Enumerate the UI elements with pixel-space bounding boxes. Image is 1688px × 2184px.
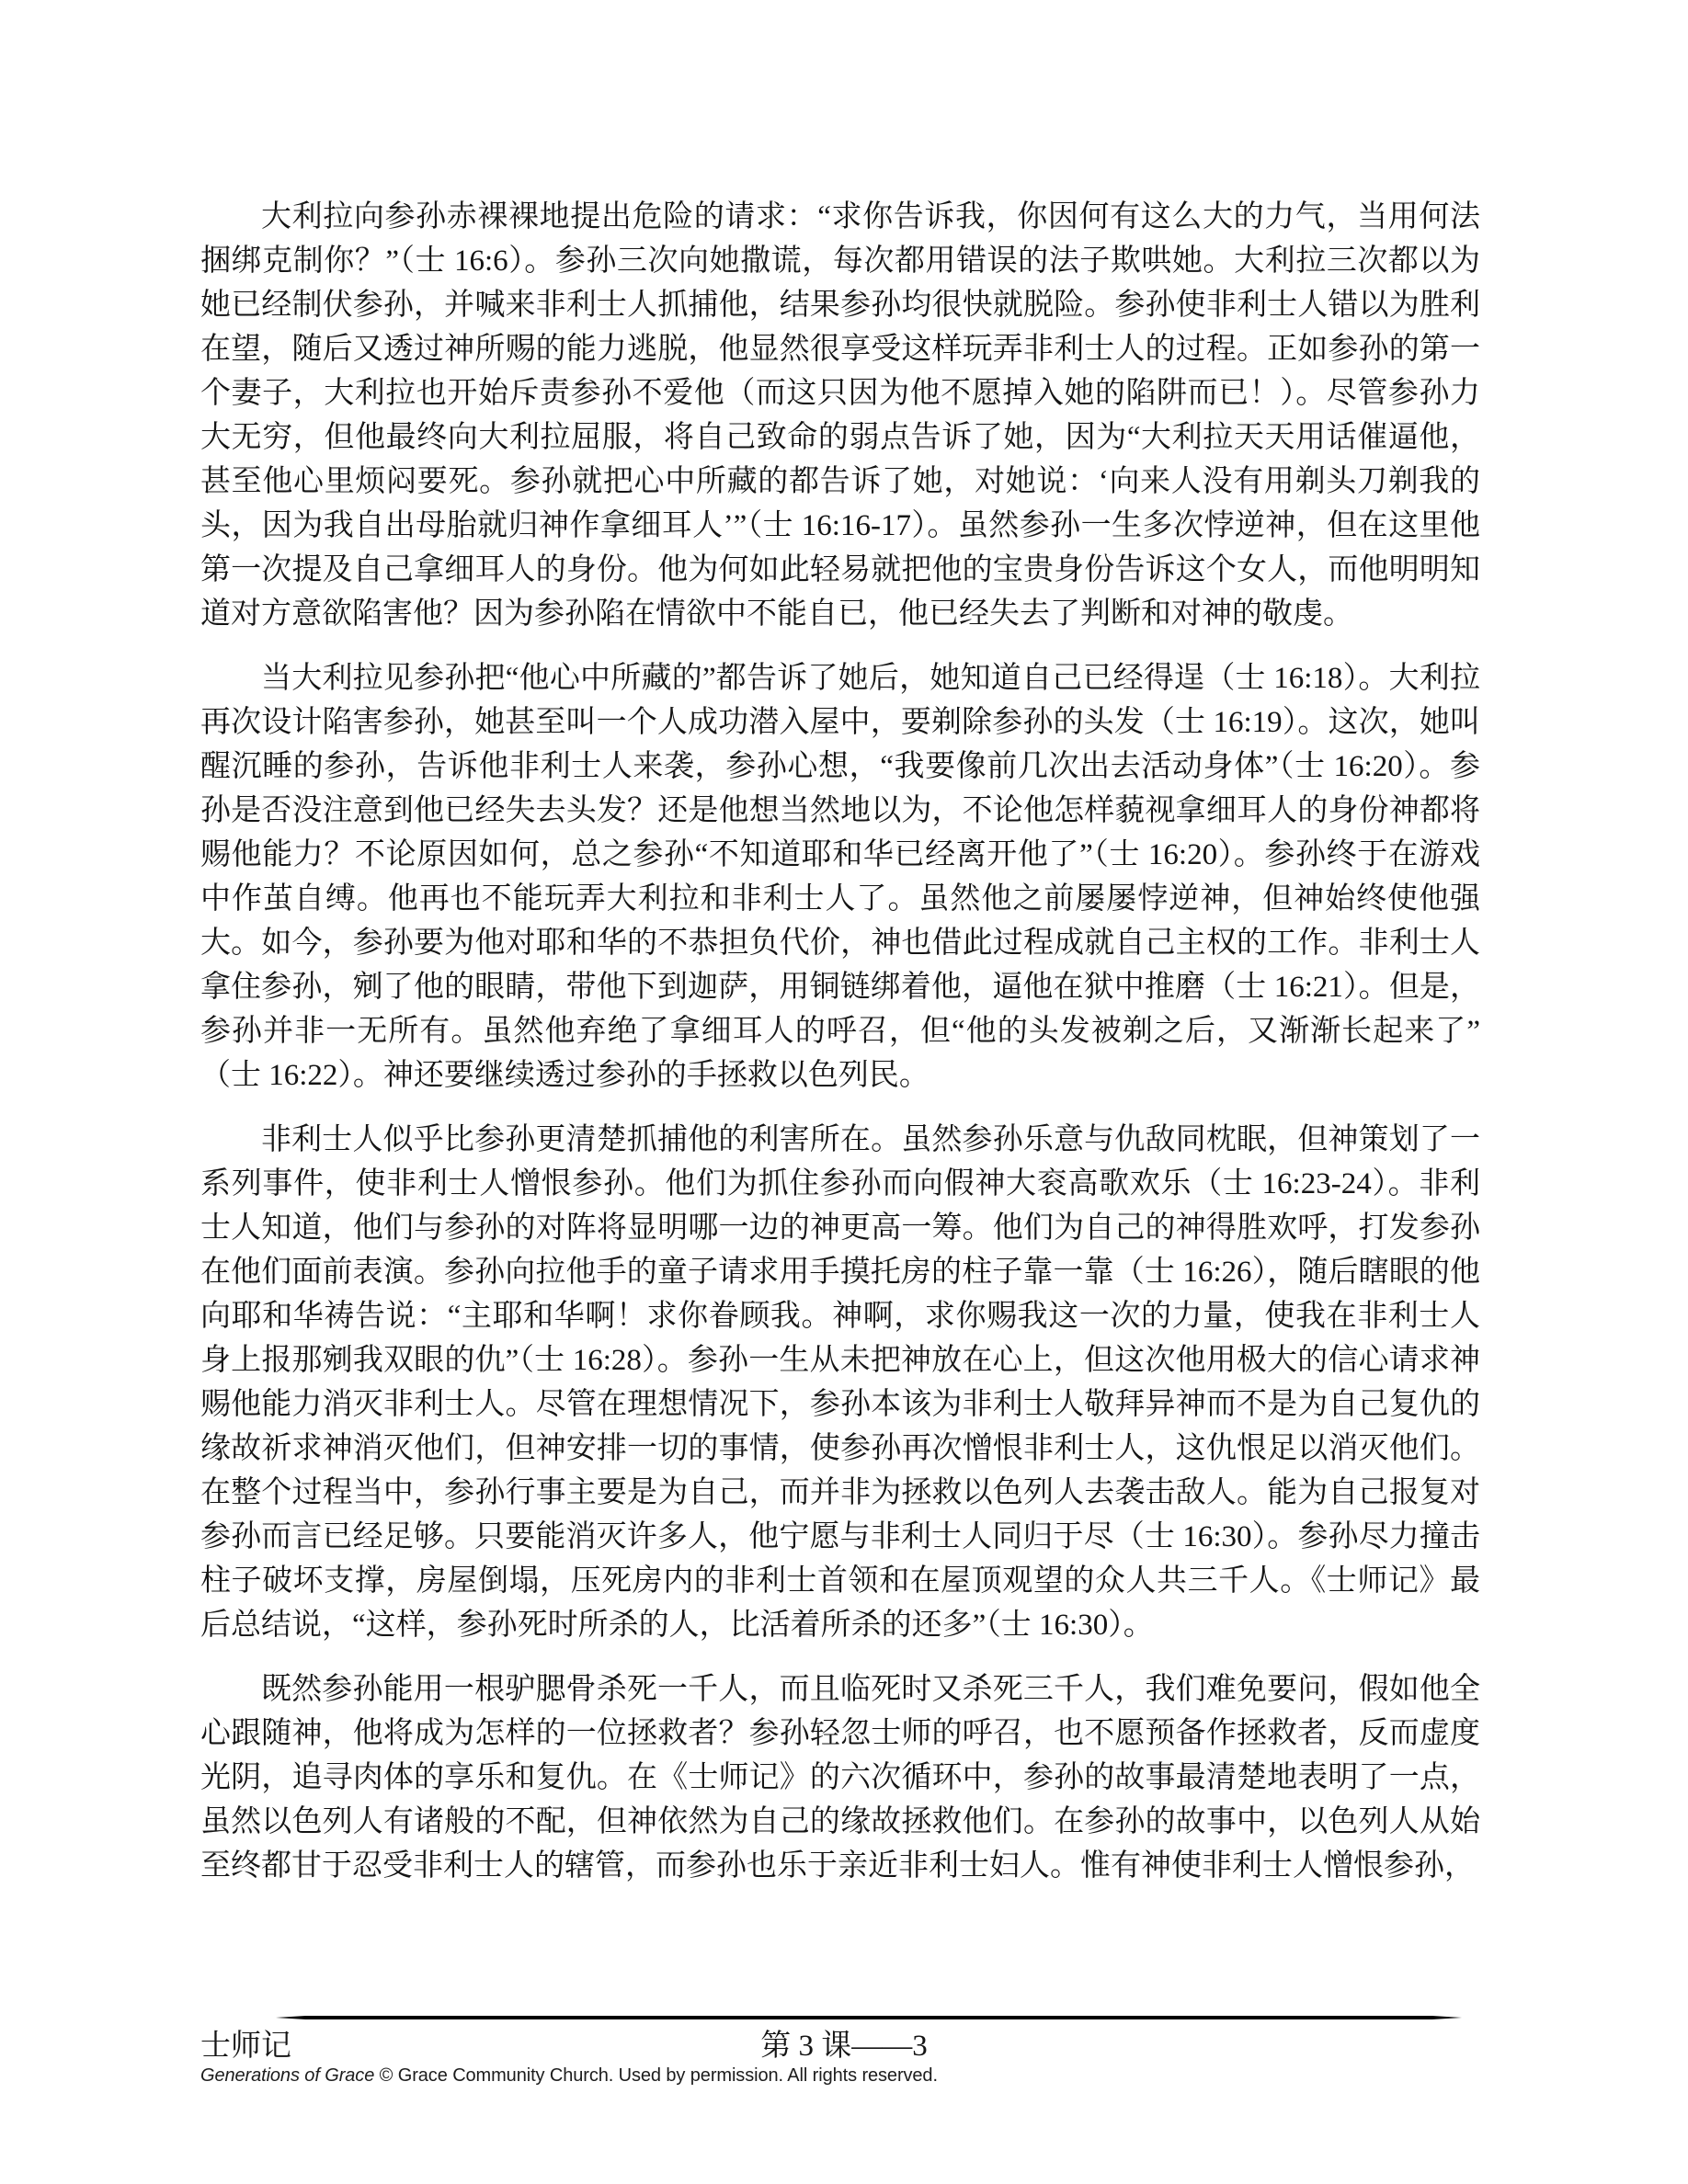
body-paragraph: 当大利拉见参孙把“他心中所藏的”都告诉了她后，她知道自己已经得逞（士 16:18… [200, 656, 1480, 1098]
body-text: 大利拉向参孙赤裸裸地提出危险的请求：“求你告诉我，你因何有这么大的力气，当用何法… [200, 195, 1480, 1908]
footer-rule [276, 2016, 1462, 2019]
body-paragraph: 既然参孙能用一根驴腮骨杀死一千人，而且临死时又杀死三千人，我们难免要问，假如他全… [200, 1667, 1480, 1888]
footer-page-number: 第 3 课——3 [0, 2028, 1688, 2065]
footer-copyright-text: © Grace Community Church. Used by permis… [374, 2065, 938, 2086]
footer-copyright-source: Generations of Grace [200, 2065, 374, 2086]
footer-copyright: Generations of Grace © Grace Community C… [200, 2065, 938, 2087]
body-paragraph: 大利拉向参孙赤裸裸地提出危险的请求：“求你告诉我，你因何有这么大的力气，当用何法… [200, 195, 1480, 636]
body-paragraph: 非利士人似乎比参孙更清楚抓捕他的利害所在。虽然参孙乐意与仇敌同枕眠，但神策划了一… [200, 1118, 1480, 1647]
document-page: 大利拉向参孙赤裸裸地提出危险的请求：“求你告诉我，你因何有这么大的力气，当用何法… [0, 0, 1688, 2184]
